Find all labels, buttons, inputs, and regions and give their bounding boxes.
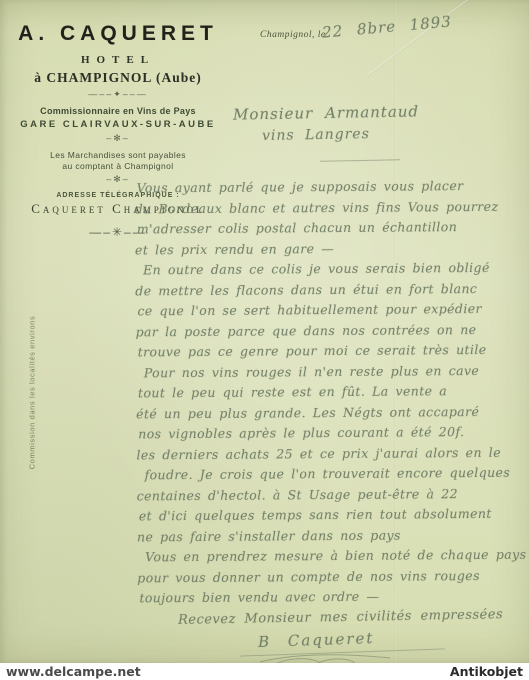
dateline: Champignol, le 22 8bre 1893 [260,24,326,42]
handwriting-line: de mettre les flacons dans un étui en fo… [135,280,527,303]
handwriting-line: Pour nos vins rouges il n'en reste plus … [144,362,528,385]
handwriting-line: été un peu plus grande. Les Négts ont ac… [136,403,528,426]
handwriting-line: pour vous donner un compte de nos vins r… [137,567,529,590]
ornament-divider: —––✦––— [8,89,228,100]
company-name: A. CAQUERET [8,22,228,46]
handwriting-line: et les prix rendu en gare — [135,239,527,262]
handwriting-line: foudre. Je crois que l'on trouverait enc… [145,465,529,488]
handwriting-line: par la poste parce que dans nos contrées… [136,321,528,344]
recipient-name: Monsieur Armantaud [233,102,419,123]
side-note-vertical: Commission dans les localités environs [28,303,37,483]
handwriting-line: m'adresser colis postal chacun un échant… [137,219,527,242]
recipient-underline [320,159,400,161]
ornament-divider: –✻– [8,133,228,144]
payables-line1: Les Marchandises sont payables [8,150,228,160]
handwriting-line: ne pas faire s'installer dans nos pays [137,526,529,549]
handwriting-body: Vous ayant parlé que je supposais vous p… [135,178,529,611]
dateline-printed: Champignol, le [260,30,326,40]
handwriting-line: En outre dans ce colis je vous serais bi… [143,260,527,283]
handwriting-line: centaines d'hectol. à St Usage peut-être… [137,485,529,508]
handwriting-line: trouve pas ce genre pour moi ce serait t… [138,342,528,365]
letter-photo: A. CAQUERET HOTEL à CHAMPIGNOL (Aube) —–… [0,0,529,680]
watermark-antikobjet: Antikobjet [450,664,523,679]
payables-block: Les Marchandises sont payables au compta… [8,150,228,171]
handwriting-line: nos vignobles après le plus courant a ét… [138,424,528,447]
paper-background: A. CAQUERET HOTEL à CHAMPIGNOL (Aube) —–… [0,0,529,663]
handwriting-line: ce que l'on se sert habituellement pour … [137,301,527,324]
commissionnaire-line: Commissionnaire en Vins de Pays [8,106,228,116]
recipient-detail: vins Langres [262,126,370,144]
payables-line2: au comptant à Champignol [8,161,228,171]
handwriting-line: Vous ayant parlé que je supposais vous p… [137,178,527,201]
handwriting-line: les derniers achats 25 et ce prix j'aura… [136,444,528,467]
hotel-line: HOTEL [8,54,228,66]
handwriting-line: tout le peu qui reste est en fût. La ven… [138,383,528,406]
handwriting-line: et d'ici quelques temps sans rien tout a… [139,506,529,529]
dateline-handwritten: 22 8bre 1893 [321,12,452,41]
handwriting-line: Vous en prendrez mesure à bien noté de c… [145,547,529,570]
watermark-delcampe: www.delcampe.net [6,664,141,679]
paper-crease [367,0,488,77]
closing-line: Recevez Monsieur mes civilités empressée… [178,607,503,628]
watermark-strip: www.delcampe.net Antikobjet [0,663,529,680]
handwriting-line: du Bordeaux blanc et autres vins fins Vo… [135,198,527,221]
place-line: à CHAMPIGNOL (Aube) [8,70,228,86]
gare-line: GARE CLAIRVAUX-SUR-AUBE [8,119,228,130]
